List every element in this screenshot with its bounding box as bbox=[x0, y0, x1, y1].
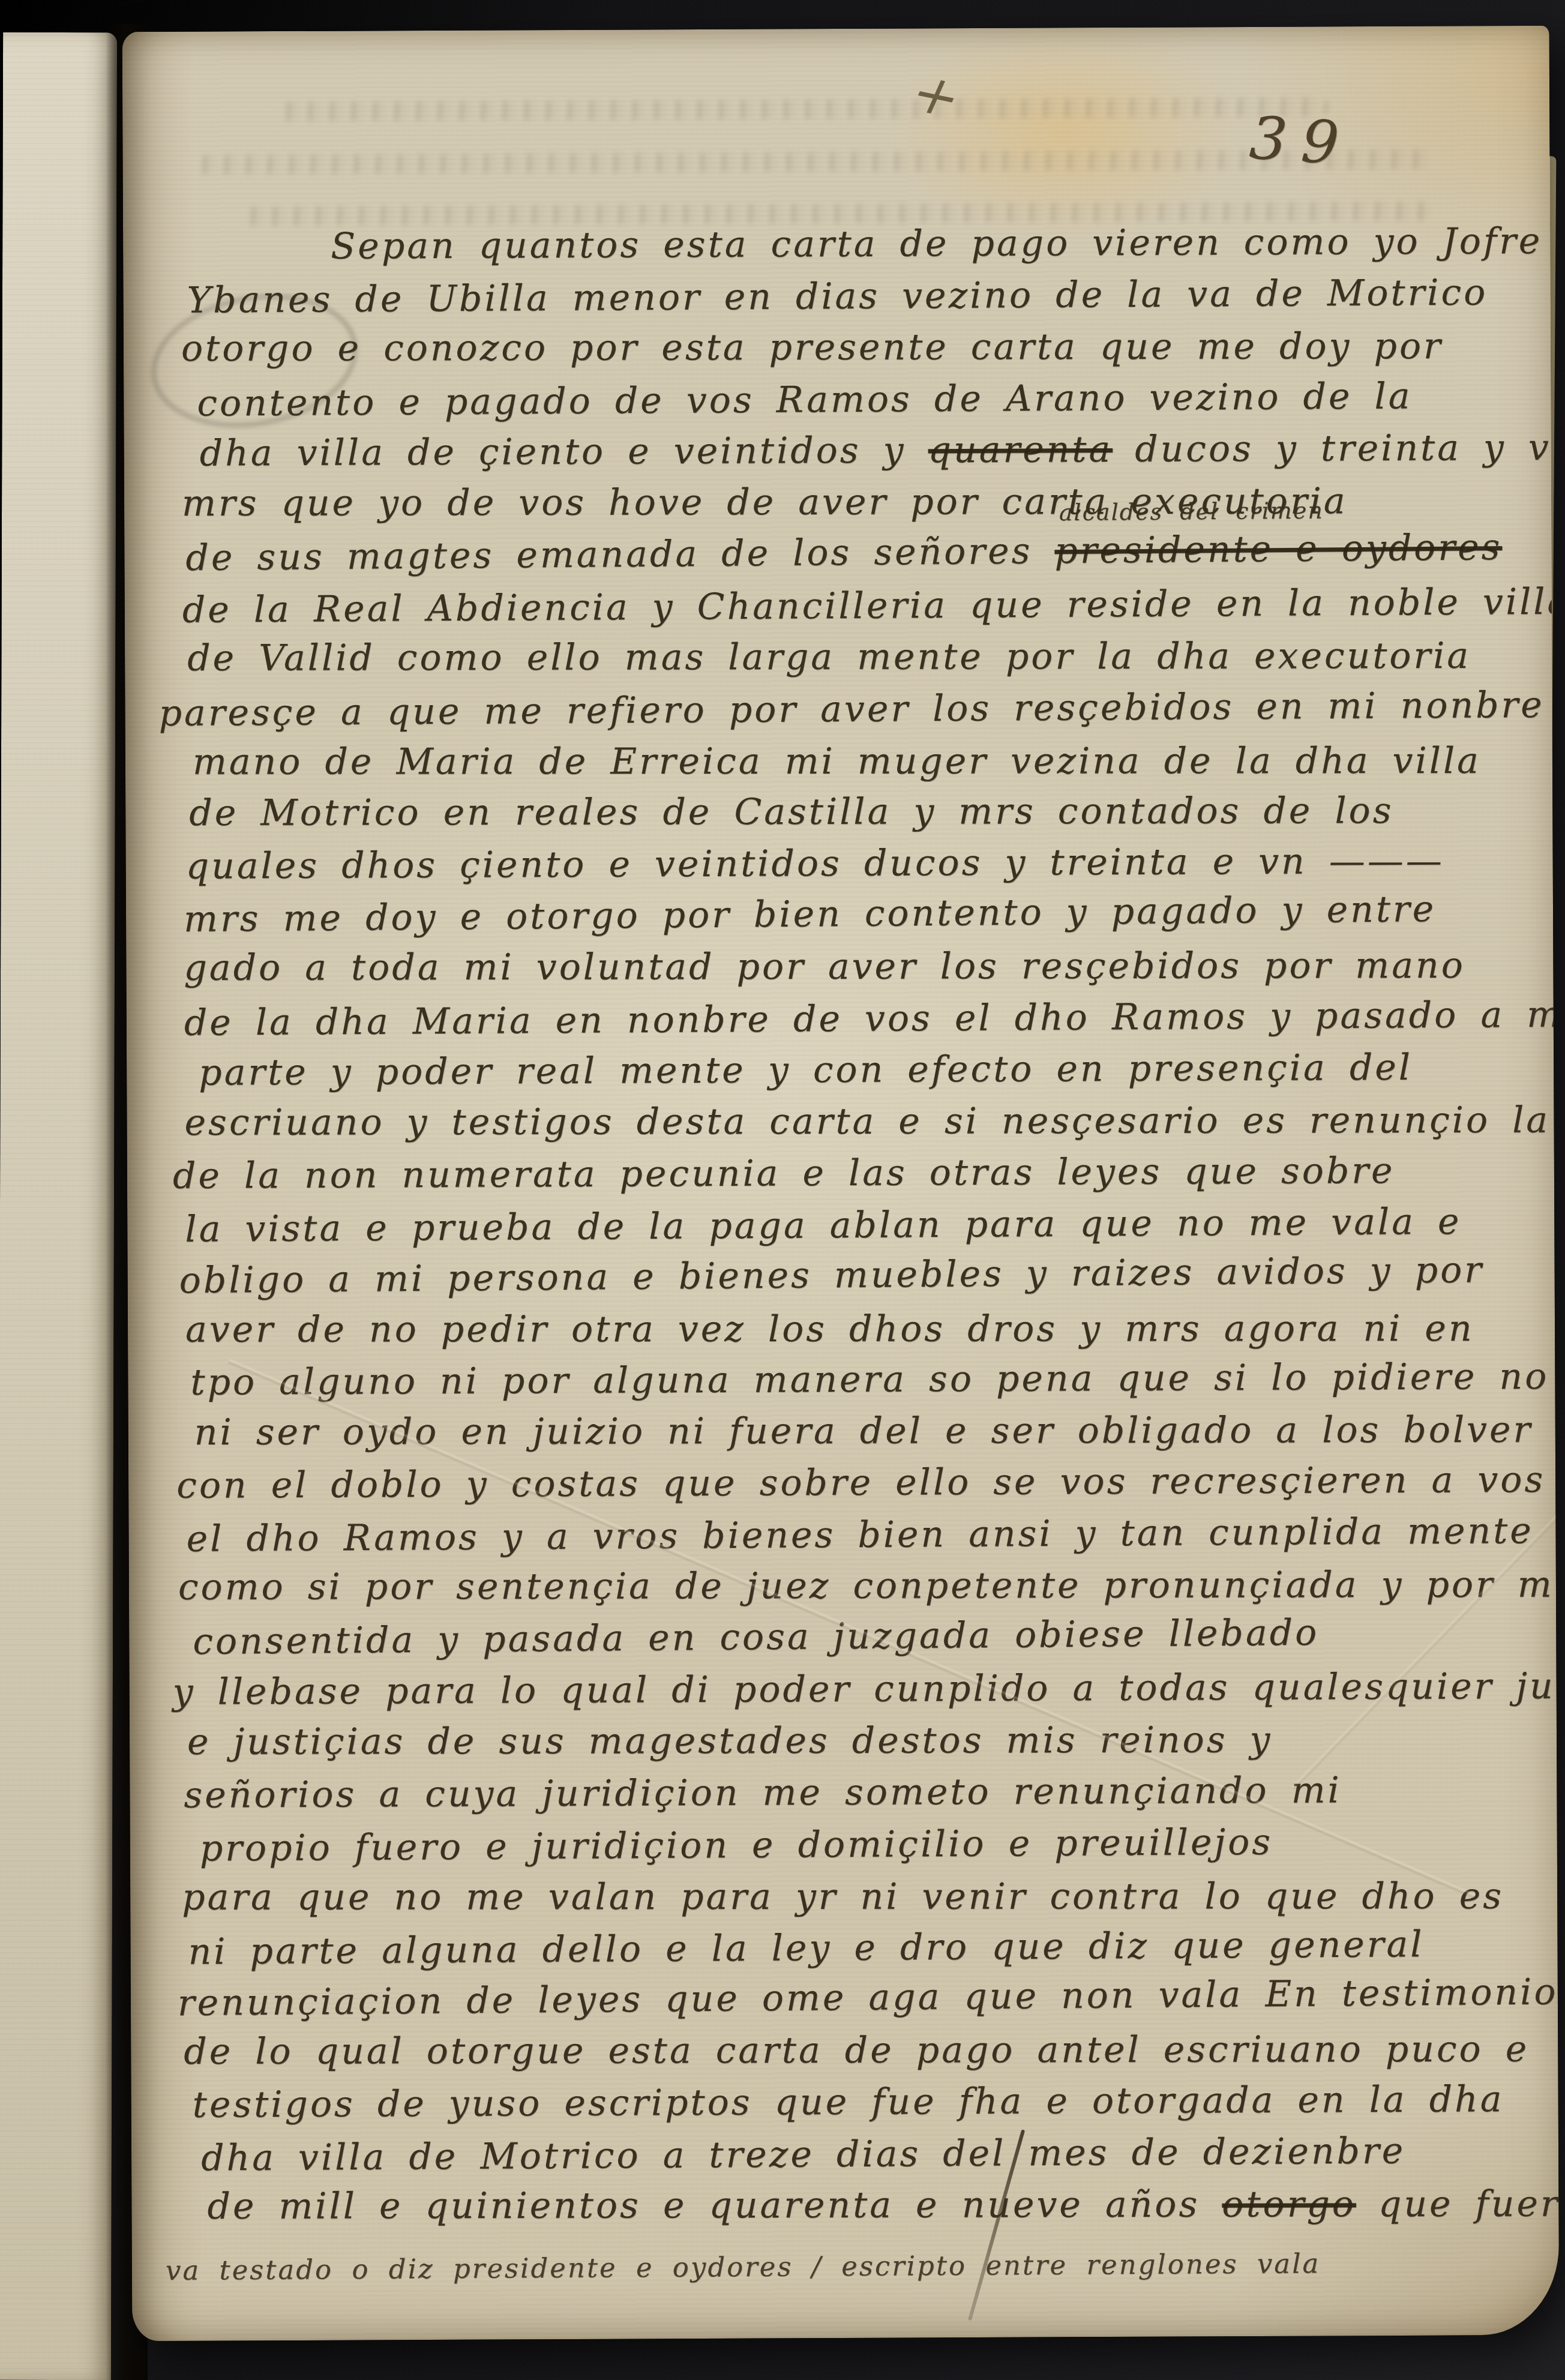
manuscript-line: de la Real Abdiencia y Chancilleria que … bbox=[182, 576, 1536, 636]
line-text: gado a toda mi voluntad por aver los res… bbox=[184, 945, 1465, 989]
manuscript-line: de lo qual otorgue esta carta de pago an… bbox=[184, 2024, 1542, 2078]
struck-text: otorgo bbox=[1222, 2183, 1356, 2225]
struck-segment: otorgo bbox=[1222, 2183, 1356, 2225]
manuscript-line: propio fuero e juridiçion e domiçilio e … bbox=[200, 1815, 1542, 1875]
line-text: de la non numerata pecunia e las otras l… bbox=[173, 1150, 1395, 1197]
struck-segment: quarenta bbox=[928, 428, 1113, 471]
facing-page-edge bbox=[0, 32, 117, 2380]
folio-page-number: 39 bbox=[1248, 104, 1356, 179]
line-text: propio fuero e juridiçion e domiçilio e … bbox=[200, 1821, 1273, 1870]
struck-text: quarenta bbox=[928, 428, 1113, 471]
line-text: de Motrico en reales de Castilla y mrs c… bbox=[189, 790, 1393, 834]
struck-text: presidente e oydores bbox=[1054, 526, 1503, 572]
manuscript-line: testigos de yuso escriptos que fue fha e… bbox=[193, 2073, 1543, 2131]
manuscript-line: paresçe a que me refiero por aver los re… bbox=[158, 679, 1536, 739]
line-text: de mill e quinientos e quarenta e nueve … bbox=[207, 2184, 1222, 2228]
show-through-text bbox=[195, 150, 1431, 175]
line-text: de la Real Abdiencia y Chancilleria que … bbox=[182, 581, 1560, 631]
manuscript-line: obligo a mi persona e bienes muebles y r… bbox=[179, 1244, 1539, 1307]
line-text: contento e pagado de vos Ramos de Arano … bbox=[197, 375, 1413, 424]
line-text: va testado o diz presidente e oydores / … bbox=[166, 2247, 1321, 2286]
line-text: de lo qual otorgue esta carta de pago an… bbox=[184, 2028, 1529, 2073]
line-text: paresçe a que me refiero por aver los re… bbox=[158, 684, 1559, 735]
manuscript-line: parte y poder real mente y con efecto en… bbox=[199, 1041, 1538, 1099]
photograph-of-manuscript: + 39 Sepan quantos esta carta de pago vi… bbox=[0, 0, 1565, 2380]
line-text: testigos de yuso escriptos que fue fha e… bbox=[193, 2078, 1504, 2126]
manuscript-line: de Vallid como ello mas larga mente por … bbox=[187, 630, 1536, 684]
manuscript-line: y llebase para lo qual di poder cunplido… bbox=[173, 1660, 1541, 1718]
line-text: renunçiaçion de leyes que ome aga que no… bbox=[178, 1971, 1558, 2024]
line-text: dha villa de Motrico a treze dias del me… bbox=[201, 2130, 1405, 2179]
manuscript-line: para que no me valan para yr ni venir co… bbox=[182, 1871, 1542, 1923]
manuscript-line: con el doblo y costas que sobre ello se … bbox=[176, 1454, 1540, 1512]
line-text: consentida y pasada en cosa juzgada obie… bbox=[193, 1612, 1319, 1663]
manuscript-line: mano de Maria de Erreica mi muger vezina… bbox=[193, 735, 1537, 788]
line-text: quales dhos çiento e veintidos ducos y t… bbox=[186, 840, 1444, 888]
cross-mark: + bbox=[901, 61, 973, 130]
line-text: Sepan quantos esta carta de pago vieren … bbox=[331, 220, 1542, 268]
line-text: como si por sentençia de juez conpetente… bbox=[178, 1564, 1560, 1608]
manuscript-line: dha villa de Motrico a treze dias del me… bbox=[201, 2124, 1543, 2184]
line-text: escriuano y testigos desta carta e si ne… bbox=[184, 1099, 1559, 1144]
line-text: tpo alguno ni por alguna manera so pena … bbox=[190, 1354, 1559, 1403]
manuscript-line: dha villa de çiento e veintidos y quaren… bbox=[199, 422, 1535, 479]
manuscript-line: otorgo e conozco por esta presente carta… bbox=[181, 320, 1535, 374]
line-text: dha villa de çiento e veintidos y bbox=[200, 429, 928, 474]
manuscript-line: aver de no pedir otra vez los dhos dros … bbox=[185, 1303, 1539, 1356]
manuscript-line: mrs me doy e otorgo por bien contento y … bbox=[184, 883, 1538, 946]
line-text: de la dha Maria en nonbre de vos el dho … bbox=[184, 994, 1560, 1044]
manuscript-line: va testado o diz presidente e oydores / … bbox=[166, 2228, 1544, 2306]
line-text: señorios a cuya juridiçion me someto ren… bbox=[184, 1769, 1342, 1816]
manuscript-line: señorios a cuya juridiçion me someto ren… bbox=[184, 1764, 1541, 1821]
line-text: y llebase para lo qual di poder cunplido… bbox=[173, 1665, 1560, 1713]
line-text: de sus magtes emanada de los señores bbox=[185, 530, 1054, 579]
line-text: parte y poder real mente y con efecto en… bbox=[199, 1047, 1413, 1094]
manuscript-line: contento e pagado de vos Ramos de Arano … bbox=[197, 370, 1535, 430]
manuscript-line: de la dha Maria en nonbre de vos el dho … bbox=[184, 989, 1538, 1049]
manuscript-line: mrs que yo de vos hove de aver por carta… bbox=[182, 475, 1536, 529]
line-text-after: que fueron bbox=[1356, 2183, 1560, 2225]
manuscript-text: Sepan quantos esta carta de pago vieren … bbox=[181, 215, 1543, 2304]
manuscript-page: + 39 Sepan quantos esta carta de pago vi… bbox=[122, 26, 1560, 2341]
manuscript-line: Ybanes de Ubilla menor en dias vezino de… bbox=[187, 266, 1534, 326]
line-text: mrs me doy e otorgo por bien contento y … bbox=[184, 888, 1437, 940]
struck-segment: alcaldes del crimenpresidente e oydores bbox=[1054, 526, 1503, 572]
manuscript-line: escriuano y testigos desta carta e si ne… bbox=[184, 1095, 1538, 1149]
line-text: de Vallid como ello mas larga mente por … bbox=[187, 635, 1471, 679]
line-text: para que no me valan para yr ni venir co… bbox=[182, 1875, 1504, 1919]
line-text: con el doblo y costas que sobre ello se … bbox=[176, 1459, 1545, 1507]
manuscript-line: Sepan quantos esta carta de pago vieren … bbox=[331, 215, 1534, 272]
manuscript-line: tpo alguno ni por alguna manera so pena … bbox=[190, 1351, 1539, 1408]
manuscript-line: renunçiaçion de leyes que ome aga que no… bbox=[178, 1967, 1543, 2030]
manuscript-line: de la non numerata pecunia e las otras l… bbox=[173, 1144, 1539, 1202]
line-text: ni parte alguna dello e la ley e dro que… bbox=[188, 1923, 1424, 1973]
show-through-text bbox=[278, 97, 1329, 121]
manuscript-line: gado a toda mi voluntad por aver los res… bbox=[184, 940, 1537, 994]
line-text: el dho Ramos y a vros bienes bien ansi y… bbox=[186, 1510, 1534, 1560]
manuscript-line: de Motrico en reales de Castilla y mrs c… bbox=[189, 785, 1537, 839]
line-text: aver de no pedir otra vez los dhos dros … bbox=[185, 1308, 1474, 1351]
manuscript-line: el dho Ramos y a vros bienes bien ansi y… bbox=[186, 1505, 1540, 1565]
line-text: la vista e prueba de la paga ablan para … bbox=[185, 1201, 1461, 1251]
line-text-after: ducos y treinta y vn mrs — bbox=[1113, 425, 1559, 470]
line-text: otorgo e conozco por esta presente carta… bbox=[181, 325, 1443, 370]
line-text: mano de Maria de Erreica mi muger vezina… bbox=[193, 740, 1481, 783]
line-text: Ybanes de Ubilla menor en dias vezino de… bbox=[187, 271, 1488, 321]
interlinear-insertion: alcaldes del crimen bbox=[1059, 499, 1324, 524]
line-text: obligo a mi persona e bienes muebles y r… bbox=[179, 1249, 1484, 1302]
manuscript-line: de mill e quinientos e quarenta e nueve … bbox=[207, 2178, 1543, 2232]
manuscript-line: como si por sentençia de juez conpetente… bbox=[178, 1559, 1540, 1613]
manuscript-line: de sus magtes emanada de los señores alc… bbox=[185, 521, 1536, 584]
